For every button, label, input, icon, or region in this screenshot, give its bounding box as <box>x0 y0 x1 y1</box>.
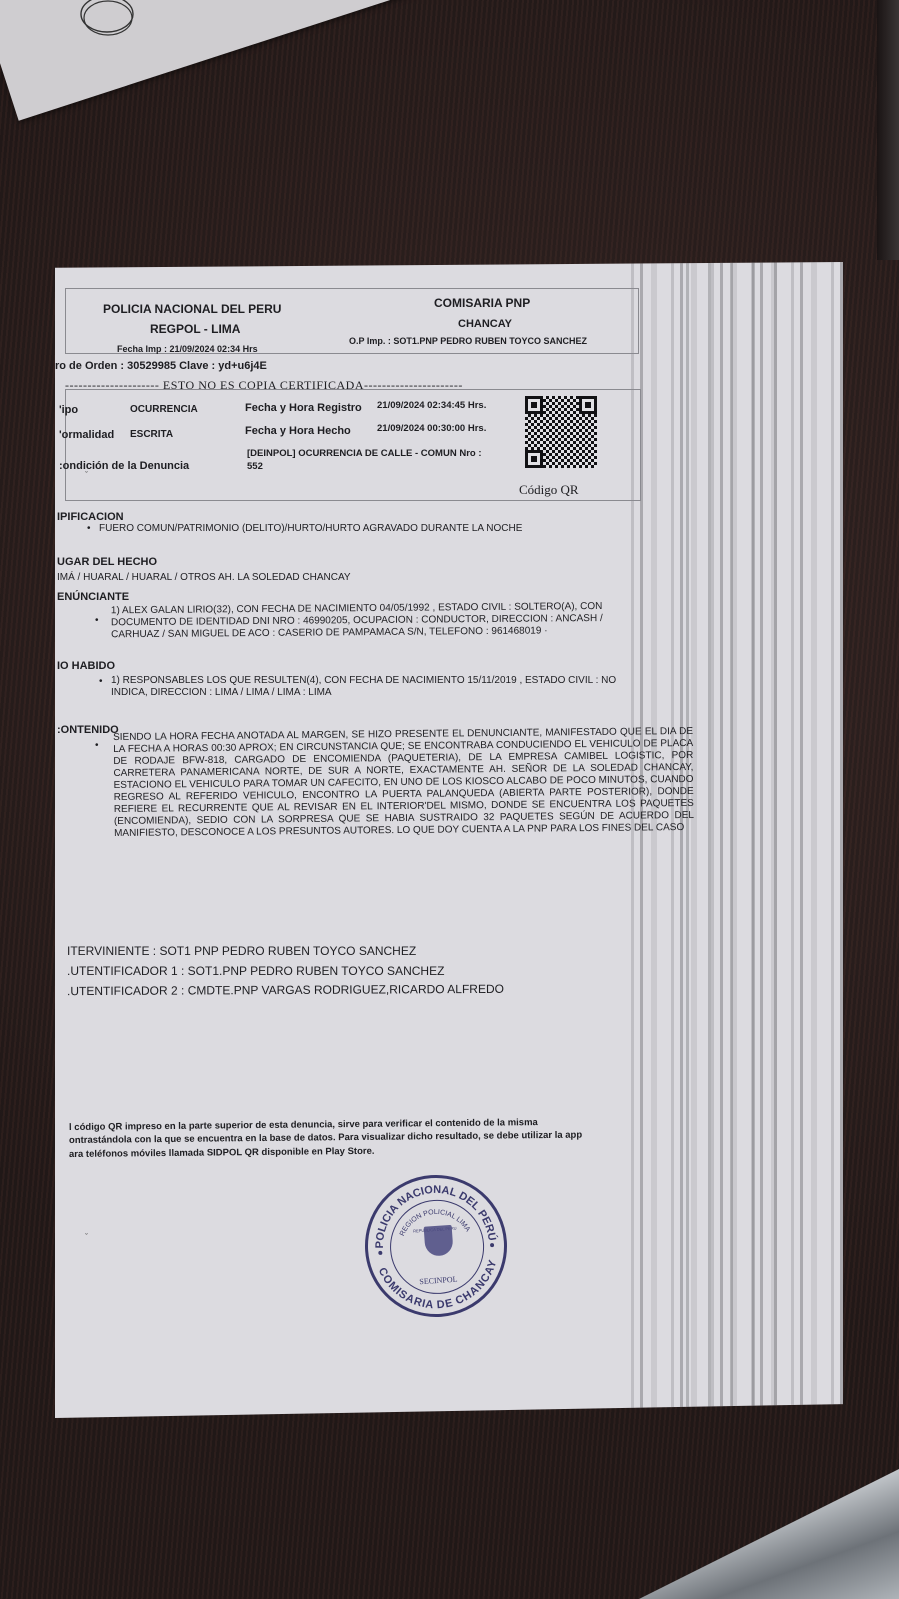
qr-finder-icon <box>579 396 597 414</box>
print-date: Fecha Imp : 21/09/2024 02:34 Hrs <box>117 344 258 354</box>
hecho-label: Fecha y Hora Hecho <box>245 425 351 437</box>
desk-edge <box>877 0 899 260</box>
institution-name: POLICIA NACIONAL DEL PERU <box>103 302 281 316</box>
condicion-number: 552 <box>247 461 263 472</box>
police-report-document: POLICIA NACIONAL DEL PERU REGPOL - LIMA … <box>55 262 843 1418</box>
condicion-value: [DEINPOL] OCURRENCIA DE CALLE - COMUN Nr… <box>247 448 482 459</box>
bullet-icon: • <box>99 676 103 687</box>
denunciante-item: 1) ALEX GALAN LIRIO(32), CON FECHA DE NA… <box>111 601 631 642</box>
region-name: REGPOL - LIMA <box>150 322 240 336</box>
tipificacion-item: FUERO COMUN/PATRIMONIO (DELITO)/HURTO/HU… <box>99 523 522 535</box>
registro-value: 21/09/2024 02:34:45 Hrs. <box>377 400 486 411</box>
autentificador-2: .UTENTIFICADOR 2 : CMDTE.PNP VARGAS RODR… <box>67 981 504 1000</box>
tipo-value: OCURRENCIA <box>130 404 198 415</box>
metal-object <box>639 1469 899 1599</box>
bullet-icon: • <box>95 615 99 626</box>
lugar-value: IMÁ / HUARAL / HUARAL / OTROS AH. LA SOL… <box>57 572 351 584</box>
qr-code[interactable] <box>525 396 597 468</box>
qr-finder-icon <box>525 450 543 468</box>
section-title-tipificacion: IPIFICACION <box>57 511 124 523</box>
station-title: COMISARIA PNP <box>434 296 530 310</box>
section-title-contenido: :ONTENIDO <box>57 724 119 736</box>
stray-mark: ˇ <box>85 470 88 480</box>
bullet-icon: • <box>87 523 91 534</box>
stray-mark: ˇ <box>85 1232 88 1242</box>
tipo-label: 'ipo <box>59 404 78 416</box>
qr-finder-icon <box>525 396 543 414</box>
official-stamp: POLICIA NACIONAL DEL PERÚ COMISARIA DE C… <box>360 1170 512 1322</box>
formalidad-value: ESCRITA <box>130 429 173 440</box>
contenido-item: SIENDO LA HORA FECHA ANOTADA AL MARGEN, … <box>113 726 694 840</box>
registro-label: Fecha y Hora Registro <box>245 402 362 414</box>
printer-streaks <box>675 262 795 1418</box>
no-habido-item: 1) RESPONSABLES LOS QUE RESULTEN(4), CON… <box>111 675 636 699</box>
section-title-no-habido: IO HABIDO <box>57 660 115 672</box>
station-name: CHANCAY <box>458 318 512 330</box>
autentificador-1: .UTENTIFICADOR 1 : SOT1.PNP PEDRO RUBEN … <box>67 963 444 980</box>
order-number: ro de Orden : 30529985 Clave : yd+u6j4E <box>55 360 267 372</box>
qr-label: Código QR <box>519 482 579 498</box>
printer-streaks <box>625 262 843 1418</box>
footer-note-line-3: ara teléfonos móviles llamada SIDPOL QR … <box>69 1146 375 1161</box>
bullet-icon: • <box>95 740 99 751</box>
print-operator: O.P Imp. : SOT1.PNP PEDRO RUBEN TOYCO SA… <box>349 336 587 346</box>
condicion-label: :ondición de la Denuncia <box>59 460 189 472</box>
formalidad-label: 'ormalidad <box>59 429 114 441</box>
interviniente: ITERVINIENTE : SOT1 PNP PEDRO RUBEN TOYC… <box>67 943 416 960</box>
section-title-denunciante: ENÚNCIANTE <box>57 591 129 603</box>
section-title-lugar: UGAR DEL HECHO <box>57 556 157 568</box>
hecho-value: 21/09/2024 00:30:00 Hrs. <box>377 423 486 434</box>
pen-doodle <box>72 0 142 40</box>
